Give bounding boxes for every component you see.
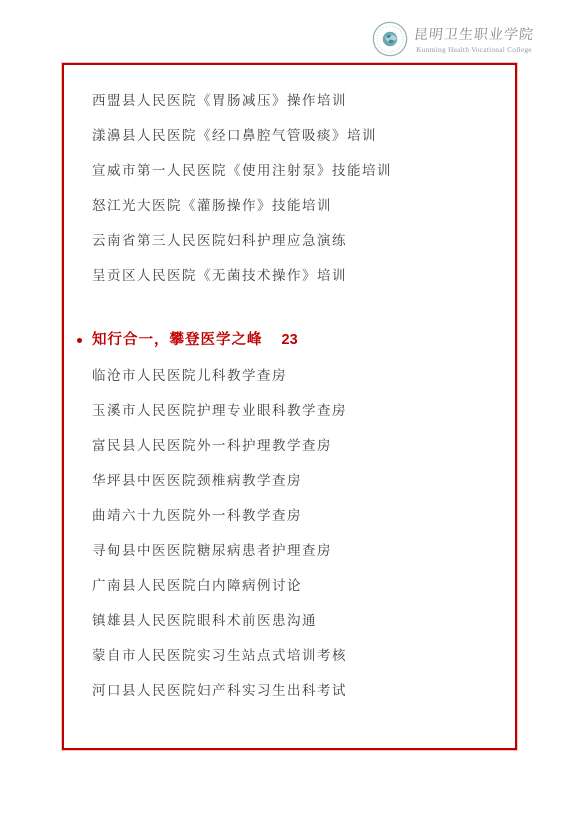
bullet-icon [77, 338, 82, 343]
toc-item: 玉溪市人民医院护理专业眼科教学查房 [92, 393, 497, 428]
toc-item: 河口县人民医院妇产科实习生出科考试 [92, 673, 497, 708]
toc-item: 怒江光大医院《灌肠操作》技能培训 [92, 188, 497, 223]
toc-item: 寻甸县中医医院糖尿病患者护理查房 [92, 533, 497, 568]
college-emblem-icon [372, 21, 408, 57]
section-title: 知行合一，攀登医学之峰 [92, 332, 263, 348]
toc-item: 西盟县人民医院《胃肠减压》操作培训 [92, 83, 497, 118]
toc-item: 富民县人民医院外一科护理教学查房 [92, 428, 497, 463]
toc-item: 呈贡区人民医院《无菌技术操作》培训 [92, 258, 497, 293]
toc-item: 漾濞县人民医院《经口鼻腔气管吸痰》培训 [92, 118, 497, 153]
toc-item: 云南省第三人民医院妇科护理应急演练 [92, 223, 497, 258]
section-page-number: 23 [282, 332, 298, 348]
toc-item: 蒙自市人民医院实习生站点式培训考核 [92, 638, 497, 673]
college-name-block: 昆明卫生职业学院 Kunming Health Vocational Colle… [414, 24, 534, 54]
toc-item: 临沧市人民医院儿科教学查房 [92, 358, 497, 393]
toc-frame: 西盟县人民医院《胃肠减压》操作培训 漾濞县人民医院《经口鼻腔气管吸痰》培训 宣威… [62, 63, 517, 750]
toc-item: 宣威市第一人民医院《使用注射泵》技能培训 [92, 153, 497, 188]
college-name-en: Kunming Health Vocational College [416, 45, 532, 54]
header-logo: 昆明卫生职业学院 Kunming Health Vocational Colle… [372, 21, 534, 57]
toc-list: 西盟县人民医院《胃肠减压》操作培训 漾濞县人民医院《经口鼻腔气管吸痰》培训 宣威… [64, 65, 515, 708]
toc-item: 镇雄县人民医院眼科术前医患沟通 [92, 603, 497, 638]
toc-item: 曲靖六十九医院外一科教学查房 [92, 498, 497, 533]
toc-item: 广南县人民医院白内障病例讨论 [92, 568, 497, 603]
toc-item: 华坪县中医医院颈椎病教学查房 [92, 463, 497, 498]
document-page: 昆明卫生职业学院 Kunming Health Vocational Colle… [0, 0, 584, 831]
section-heading: 知行合一，攀登医学之峰 23 [92, 323, 497, 358]
college-name-cn: 昆明卫生职业学院 [413, 24, 535, 44]
